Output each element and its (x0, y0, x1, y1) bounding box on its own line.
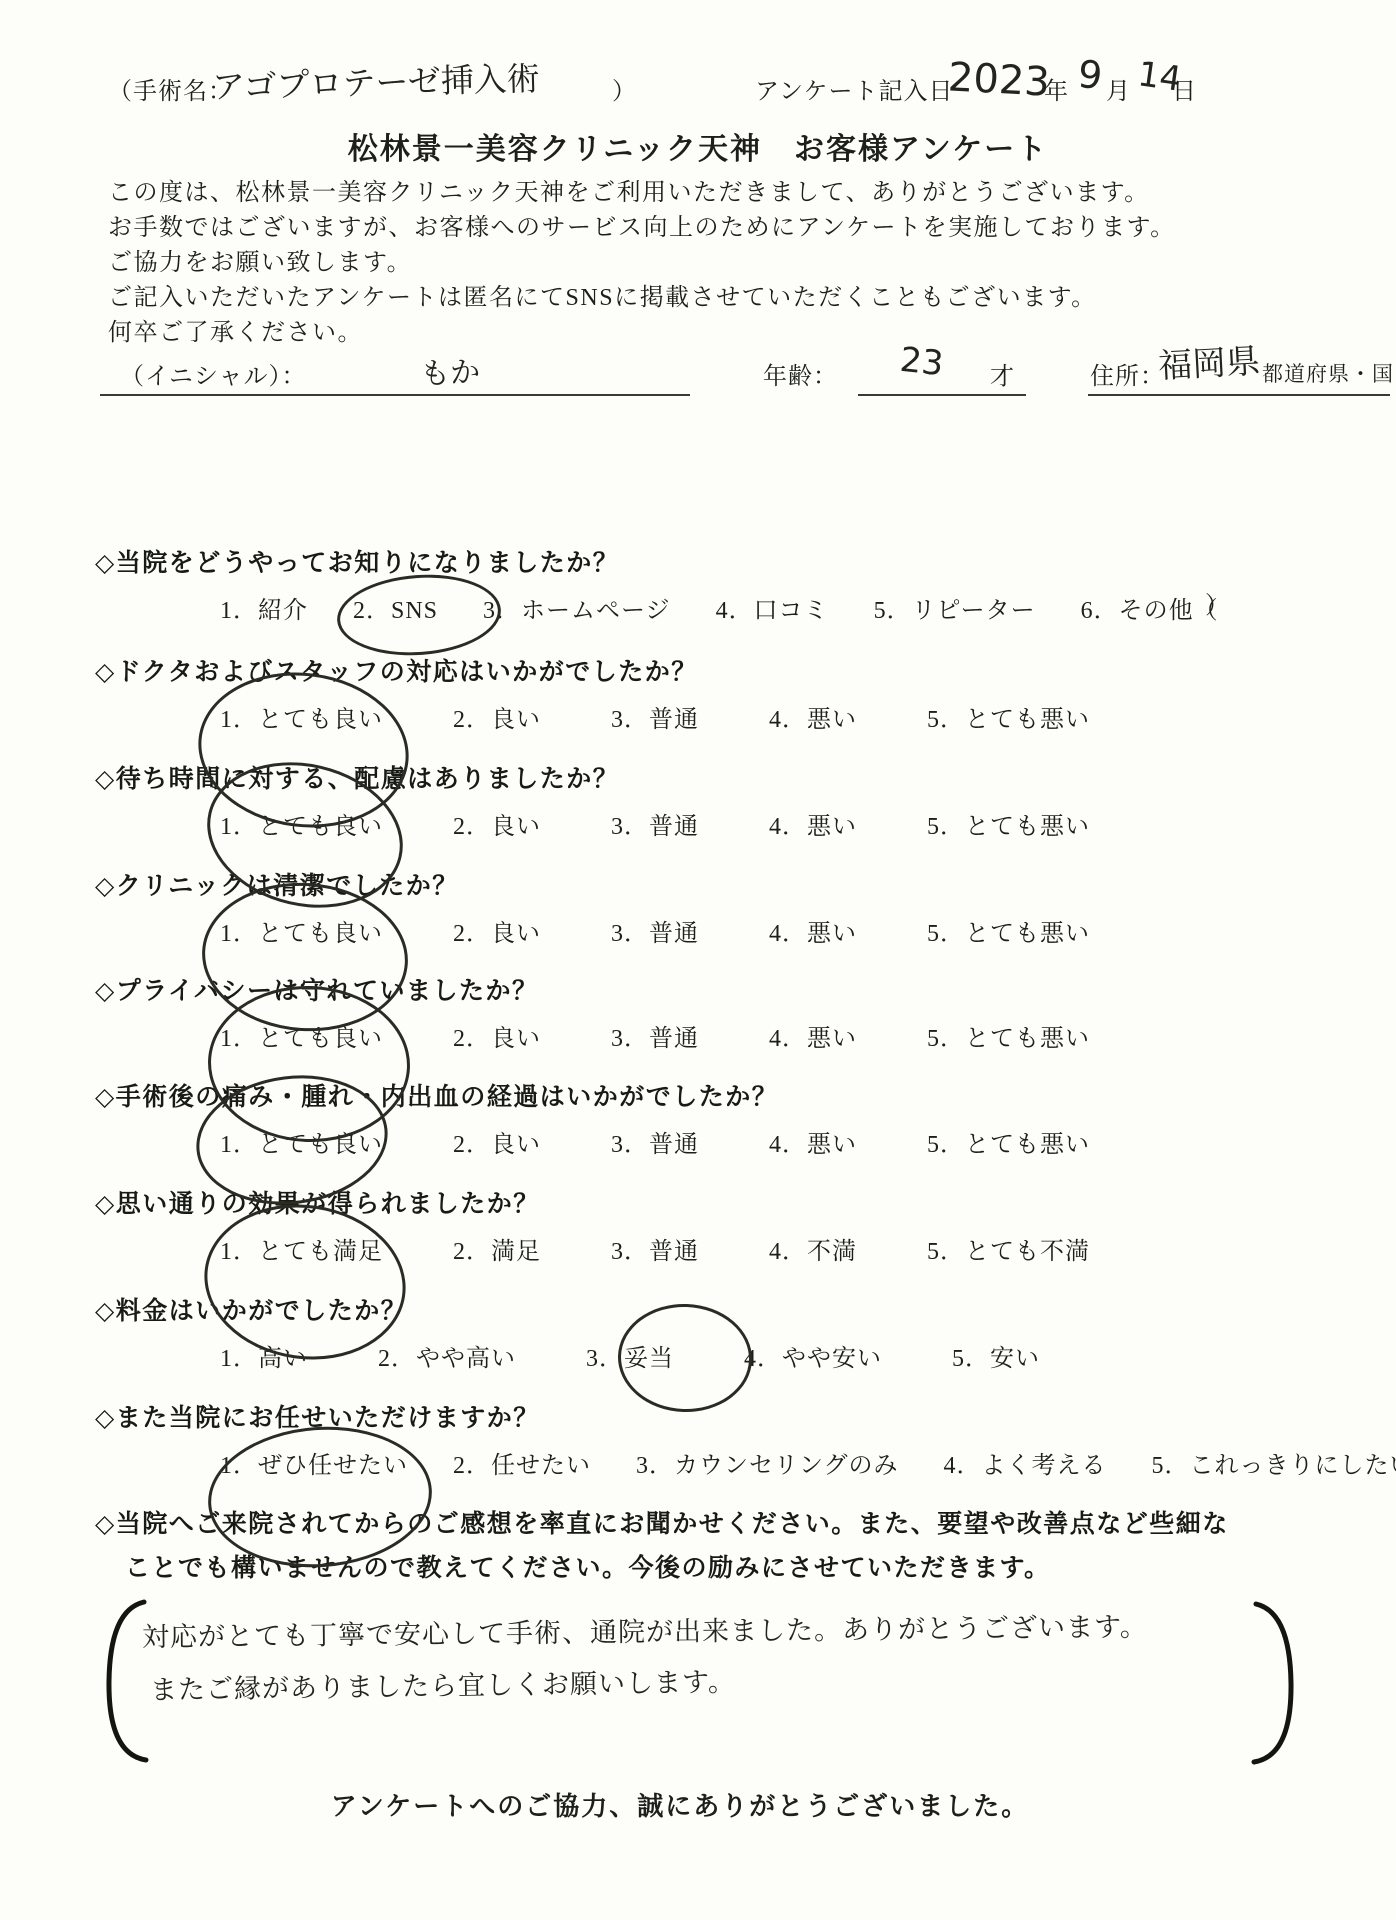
question-7-prompt: ◇思い通りの効果が得られましたか？ (95, 1184, 1395, 1220)
age-handwritten-value: 23 (898, 340, 945, 384)
question-9-prompt: ◇また当院にお任せいただけますか？ (95, 1398, 1395, 1434)
feedback-prompt-line-2: ことでも構いませんので教えてください。今後の励みにさせていただきます。 (125, 1548, 1395, 1584)
option: 1．高い (220, 1338, 308, 1373)
surgery-name-label-close: ） (612, 71, 637, 106)
intro-line-1: この度は、松林景一美容クリニック天神をご利用いただきまして、ありがとうございます… (108, 176, 1176, 211)
question-1-options: 1．紹介 2．SNS 3．ホームページ 4．口コミ 5．リピーター 6．その他（ (220, 590, 1264, 625)
right-bracket (1248, 1598, 1304, 1768)
question-3-prompt: ◇待ち時間に対する、配慮はありましたか？ (95, 759, 1395, 795)
option: 3．普通 (611, 806, 699, 841)
question-block-9: ◇また当院にお任せいただけますか？ 1．ぜひ任せたい 2．任せたい 3．カウンセ… (95, 1398, 1395, 1503)
question-block-3: ◇待ち時間に対する、配慮はありましたか？ 1．とても良い 2．良い 3．普通 4… (95, 759, 1395, 864)
intro-line-3: ご協力をお願い致します。 (108, 246, 1176, 281)
option-selected: 2．SNS (353, 590, 438, 625)
option: 5．とても悪い (927, 806, 1090, 841)
option: 2．任せたい (453, 1445, 591, 1480)
option: 4．口コミ (716, 590, 829, 625)
option: 5．とても悪い (927, 1018, 1090, 1053)
address-handwritten-value: 福岡県 (1157, 333, 1261, 387)
surgery-name-handwritten-value: アゴプロテーゼ挿入術 (211, 53, 540, 109)
option-selected: 1．とても良い (220, 806, 383, 841)
initial-label: （イニシャル）： (120, 356, 307, 391)
initial-handwritten-value: もか (419, 347, 480, 393)
option: 2．良い (453, 1124, 541, 1159)
option: 5．とても悪い (927, 1124, 1090, 1159)
question-block-7: ◇思い通りの効果が得られましたか？ 1．とても満足 2．満足 3．普通 4．不満… (95, 1184, 1395, 1289)
feedback-prompt-block: ◇当院へご来院されてからのご感想を率直にお聞かせください。また、要望や改善点など… (95, 1504, 1395, 1594)
option: 4．不満 (769, 1231, 857, 1266)
option: 2．満足 (453, 1231, 541, 1266)
comment-handwritten-line-2: またご縁がありましたら宜しくお願いします。 (150, 1660, 736, 1707)
closing-thanks: アンケートへのご協力、誠にありがとうございました。 (0, 1786, 1378, 1823)
option-selected: 3．妥当 (586, 1338, 674, 1373)
option: 5．安い (952, 1338, 1040, 1373)
scanned-survey-form: （手術名： アゴプロテーゼ挿入術 ） アンケート記入日 2023 年 9 月 1… (0, 0, 1396, 1920)
form-title: 松林景一美容クリニック天神 お客様アンケート (0, 124, 1396, 168)
address-underline (1088, 394, 1390, 396)
question-1-prompt: ◇当院をどうやってお知りになりましたか？ (95, 543, 1395, 579)
option: 5．とても悪い (927, 699, 1090, 734)
option: 4．悪い (769, 1018, 857, 1053)
date-year-unit: 年 (1044, 71, 1069, 106)
address-note: 都道府県・国 (1262, 358, 1394, 388)
address-label: 住所： (1090, 356, 1165, 391)
option: 3．普通 (611, 1018, 699, 1053)
option-selected: 1．とても良い (220, 1124, 383, 1159)
form-header-row: （手術名： アゴプロテーゼ挿入術 ） アンケート記入日 2023 年 9 月 1… (0, 55, 1396, 125)
question-block-8: ◇料金はいかがでしたか？ 1．高い 2．やや高い 3．妥当 4．やや安い 5．安… (95, 1291, 1395, 1396)
option: 3．カウンセリングのみ (636, 1445, 899, 1480)
comment-area: 対応がとても丁寧で安心して手術、通院が出来ました。ありがとうございます。 またご… (0, 1592, 1396, 1772)
question-5-options: 1．とても良い 2．良い 3．普通 4．悪い 5．とても悪い (220, 1018, 1160, 1053)
option: 2．やや高い (378, 1338, 516, 1373)
option: 3．普通 (611, 1231, 699, 1266)
option: 2．良い (453, 806, 541, 841)
option: 1．紹介 (220, 590, 308, 625)
question-block-4: ◇クリニックは清潔でしたか？ 1．とても良い 2．良い 3．普通 4．悪い 5．… (95, 866, 1395, 971)
question-4-options: 1．とても良い 2．良い 3．普通 4．悪い 5．とても悪い (220, 913, 1160, 948)
option: 4．悪い (769, 913, 857, 948)
initial-underline (100, 394, 690, 396)
question-block-5: ◇プライバシーは守れていましたか？ 1．とても良い 2．良い 3．普通 4．悪い… (95, 971, 1395, 1076)
age-underline (858, 394, 1026, 396)
feedback-prompt-line-1: ◇当院へご来院されてからのご感想を率直にお聞かせください。また、要望や改善点など… (95, 1504, 1395, 1540)
profile-row: （イニシャル）： もか 年齢： 23 才 住所： 福岡県 都道府県・国 (0, 348, 1396, 408)
intro-line-2: お手数ではございますが、お客様へのサービス向上のためにアンケートを実施しておりま… (108, 211, 1176, 246)
question-3-options: 1．とても良い 2．良い 3．普通 4．悪い 5．とても悪い (220, 806, 1160, 841)
question-block-1: ◇当院をどうやってお知りになりましたか？ 1．紹介 2．SNS 3．ホームページ… (95, 543, 1395, 648)
option: 3．ホームページ (483, 590, 671, 625)
option: 5．とても不満 (927, 1231, 1090, 1266)
question-block-2: ◇ドクタおよびスタッフの対応はいかがでしたか？ 1．とても良い 2．良い 3．普… (95, 652, 1395, 757)
comment-handwritten-line-1: 対応がとても丁寧で安心して手術、通院が出来ました。ありがとうございます。 (142, 1605, 1148, 1655)
question-4-prompt: ◇クリニックは清潔でしたか？ (95, 866, 1395, 902)
date-month-unit: 月 (1106, 71, 1131, 106)
option: 4．やや安い (744, 1338, 882, 1373)
option: 5．リピーター (874, 590, 1036, 625)
question-2-options: 1．とても良い 2．良い 3．普通 4．悪い 5．とても悪い (220, 699, 1160, 734)
option-selected: 1．とても良い (220, 699, 383, 734)
option-selected: 1．とても良い (220, 913, 383, 948)
option: 4．悪い (769, 806, 857, 841)
question-6-prompt: ◇手術後の痛み・腫れ・内出血の経過はいかがでしたか？ (95, 1077, 1395, 1113)
option: 5．とても悪い (927, 913, 1090, 948)
option: 4．悪い (769, 699, 857, 734)
question-8-prompt: ◇料金はいかがでしたか？ (95, 1291, 1395, 1327)
other-option-close-paren: ） (1205, 585, 1229, 620)
question-5-prompt: ◇プライバシーは守れていましたか？ (95, 971, 1395, 1007)
option: 6．その他（ (1081, 590, 1219, 625)
option: 4．よく考える (944, 1445, 1107, 1480)
date-day-unit: 日 (1172, 71, 1197, 106)
age-unit: 才 (990, 356, 1015, 391)
option: 3．普通 (611, 699, 699, 734)
question-8-options: 1．高い 2．やや高い 3．妥当 4．やや安い 5．安い (220, 1338, 1110, 1373)
survey-date-label: アンケート記入日 (755, 71, 954, 106)
intro-line-5: 何卒ご了承ください。 (108, 316, 1176, 351)
option: 3．普通 (611, 1124, 699, 1159)
question-block-6: ◇手術後の痛み・腫れ・内出血の経過はいかがでしたか？ 1．とても良い 2．良い … (95, 1077, 1395, 1182)
option-selected: 1．ぜひ任せたい (220, 1445, 408, 1480)
option: 2．良い (453, 1018, 541, 1053)
option: 5．これっきりにしたい (1152, 1445, 1396, 1480)
intro-line-4: ご記入いただいたアンケートは匿名にてSNSに掲載させていただくこともございます。 (108, 281, 1176, 316)
option-selected: 1．とても良い (220, 1018, 383, 1053)
intro-paragraph: この度は、松林景一美容クリニック天神をご利用いただきまして、ありがとうございます… (108, 176, 1176, 351)
date-month-handwritten-value: 9 (1076, 52, 1105, 98)
date-year-handwritten-value: 2023 (947, 54, 1051, 105)
question-7-options: 1．とても満足 2．満足 3．普通 4．不満 5．とても不満 (220, 1231, 1160, 1266)
option: 2．良い (453, 913, 541, 948)
question-2-prompt: ◇ドクタおよびスタッフの対応はいかがでしたか？ (95, 652, 1395, 688)
question-9-options: 1．ぜひ任せたい 2．任せたい 3．カウンセリングのみ 4．よく考える 5．これ… (220, 1445, 1396, 1480)
option-selected: 1．とても満足 (220, 1231, 383, 1266)
option: 3．普通 (611, 913, 699, 948)
option: 2．良い (453, 699, 541, 734)
option: 4．悪い (769, 1124, 857, 1159)
age-label: 年齢： (763, 356, 838, 391)
question-6-options: 1．とても良い 2．良い 3．普通 4．悪い 5．とても悪い (220, 1124, 1160, 1159)
